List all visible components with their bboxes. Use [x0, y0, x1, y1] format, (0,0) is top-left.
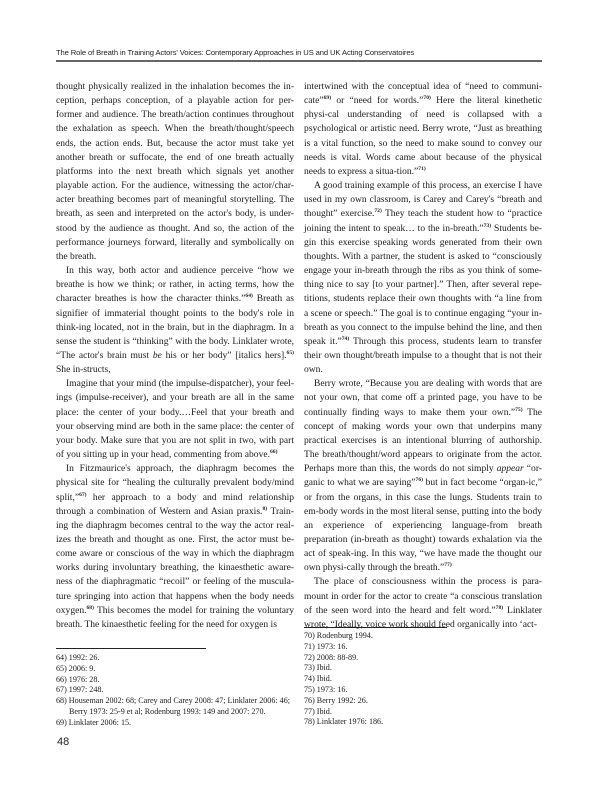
paragraph-text: Berry wrote, “Because you are dealing wi…: [304, 378, 542, 417]
footnote-ref[interactable]: 71): [418, 166, 425, 172]
footnote-ref[interactable]: 67): [79, 492, 86, 498]
footnote-ref[interactable]: 77): [444, 562, 451, 568]
footnote-ref[interactable]: 75): [515, 407, 522, 413]
paragraph-text: but in fact become “organ-ic,” or from t…: [304, 477, 542, 573]
paragraph-text: thought physically realized in the inhal…: [56, 81, 294, 262]
paragraph: A good training example of this process,…: [304, 179, 542, 377]
paragraph-text: or “need for words.”: [331, 95, 423, 106]
footnotes-left: 64) 1992: 26. 65) 2006: 9. 66) 1976: 28.…: [56, 653, 296, 729]
header-rule: [56, 60, 542, 62]
footnote: 72) 2008: 88-89.: [304, 653, 544, 664]
footnote: 67) 1997: 248.: [56, 685, 296, 696]
paragraph-text: Students be-gin this exercise speaking w…: [304, 223, 542, 347]
footnote: 74) Ibid.: [304, 674, 544, 685]
footnotes-right: 70) Rodenburg 1994. 71) 1973: 16. 72) 20…: [304, 631, 544, 728]
footnote-ref[interactable]: 66): [270, 449, 277, 455]
italic-text: appear: [497, 463, 524, 474]
footnote: 66) 1976: 28.: [56, 675, 296, 686]
footnote-ref[interactable]: 70): [423, 95, 430, 101]
paragraph-text: Train-ing the diaphragm becomes central …: [56, 506, 294, 616]
footnote: 76) Berry 1992: 26.: [304, 696, 544, 707]
footnote: 77) Ibid.: [304, 707, 544, 718]
footnote-ref[interactable]: 64): [245, 293, 252, 299]
footnote: 73) Ibid.: [304, 663, 544, 674]
paragraph: The place of consciousness within the pr…: [304, 575, 542, 632]
footnote-rule-left: [56, 648, 206, 649]
paragraph: Berry wrote, “Because you are dealing wi…: [304, 377, 542, 575]
right-text-column: intertwined with the conceptual idea of …: [304, 80, 542, 632]
footnote: 68) Houseman 2002: 68; Carey and Carey 2…: [56, 696, 296, 718]
footnote: 71) 1973: 16.: [304, 642, 544, 653]
footnote-ref[interactable]: 78): [496, 605, 503, 611]
paragraph-text: his or her body” [italics hers].: [162, 350, 287, 361]
footnote: 64) 1992: 26.: [56, 653, 296, 664]
block-quote: Imagine that your mind (the impulse-disp…: [56, 377, 294, 462]
footnote-rule-right: [304, 627, 447, 628]
footnote-ref[interactable]: 73): [484, 223, 491, 229]
page-number: 48: [57, 736, 69, 748]
footnote-ref[interactable]: 76): [416, 477, 423, 483]
quote-text: Imagine that your mind (the impulse-disp…: [56, 378, 294, 460]
footnote: 70) Rodenburg 1994.: [304, 631, 544, 642]
footnote: 78) Linklater 1976: 186.: [304, 717, 544, 728]
paragraph: intertwined with the conceptual idea of …: [304, 80, 542, 179]
footnote: 75) 1973: 16.: [304, 685, 544, 696]
footnote-ref[interactable]: 72): [374, 208, 381, 214]
paragraph: thought physically realized in the inhal…: [56, 80, 294, 264]
left-text-column: thought physically realized in the inhal…: [56, 80, 294, 632]
paragraph-text: her approach to a body and mind relation…: [56, 492, 294, 517]
footnote-ref[interactable]: 69): [324, 95, 331, 101]
footnote: 65) 2006: 9.: [56, 664, 296, 675]
footnote-ref[interactable]: 68): [87, 605, 94, 611]
paragraph-text: Here the literal kinethetic physi-cal un…: [304, 95, 542, 177]
footnote-ref[interactable]: 65): [287, 350, 294, 356]
italic-text: be: [153, 350, 162, 361]
footnote: 69) Linklater 2006: 15.: [56, 718, 296, 729]
running-head-title: The Role of Breath in Training Actors' V…: [56, 48, 542, 57]
paragraph-text: She in-structs,: [56, 364, 111, 375]
paragraph: In this way, both actor and audience per…: [56, 264, 294, 377]
paragraph: In Fitzmaurice's approach, the diaphragm…: [56, 462, 294, 632]
